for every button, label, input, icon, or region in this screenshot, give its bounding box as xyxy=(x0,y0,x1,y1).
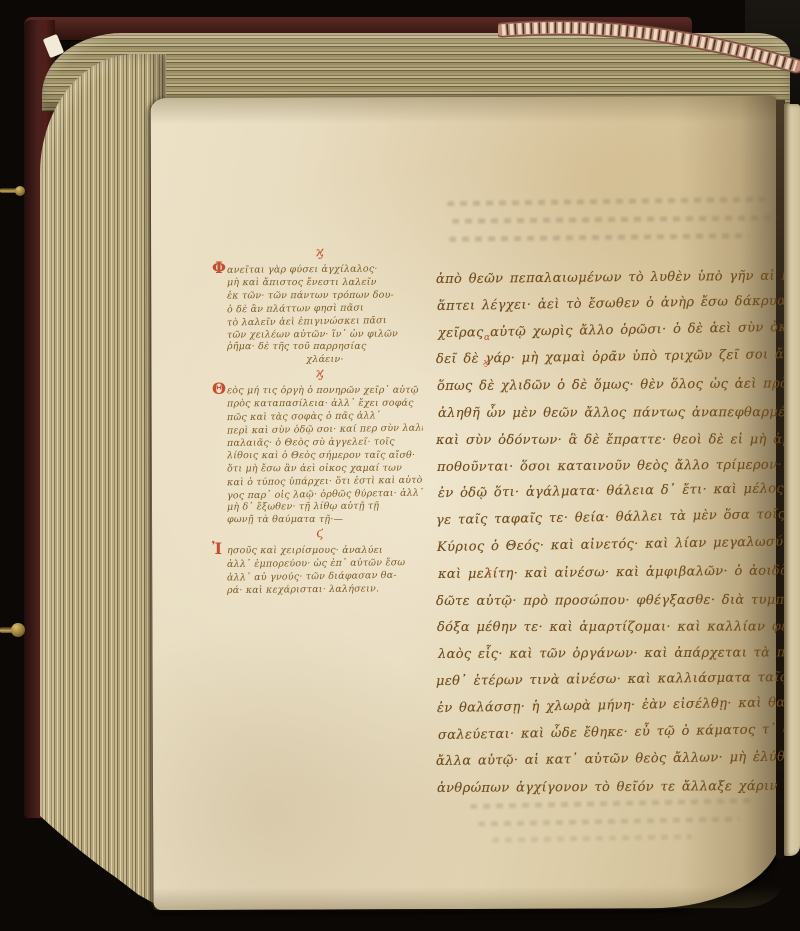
main-text-line: ἐν θαλάσσῃ· ἡ χλωρὰ μήνη· ἐὰν εἰσέλθῃ· κ… xyxy=(437,694,784,716)
main-text-line: Κύριος ὁ Θεός· καὶ αἰνετός· καὶ λίαν μεγ… xyxy=(437,534,784,555)
clasp-pin-bottom xyxy=(0,622,26,638)
main-text-line: δόξα μέθην τε· καὶ ἁμαρτίζομαι· καὶ καλλ… xyxy=(437,620,784,636)
scholia-paragraph: Ἰησοῦς καὶ χειρίσμους· ἀναλύειἀλλ᾽ ἐμπορ… xyxy=(214,545,426,597)
scholia-column: ϗ Φανεῖται γὰρ φύσει ἀγχίλαλος·μὴ καὶ ἄπ… xyxy=(214,246,426,597)
clasp-pin-head xyxy=(15,186,25,196)
main-text-line: ποθοῦνται· ὅσοι καταινοῦν θεὸς ἄλλο τρίμ… xyxy=(437,457,784,475)
main-text-line: δῶτε αὐτῷ· πρὸ προσώπου· φθέγξασθε· διὰ … xyxy=(436,592,784,609)
scholia-line: εὸς μή τις ὀργὴ ὁ πονηρῶν χεῖρ᾽ αὐτῷ xyxy=(227,385,423,398)
rubric-marginal-letter: ε xyxy=(487,568,492,578)
main-text-line: ἀπὸ θεῶν πεπαλαιωμένων τὸ λυθὲν ὑπὸ γῆν … xyxy=(436,268,784,287)
rubric-marginal-letter: ϗ xyxy=(483,358,489,368)
manuscript-photo: ϗ Φανεῖται γὰρ φύσει ἀγχίλαλος·μὴ καὶ ἄπ… xyxy=(0,0,800,931)
rubric-initial: Φ xyxy=(212,262,226,275)
main-text-line: σαλεύεται· καὶ ὧδε ἔθηκε· εὖ τῷ ὁ κάματο… xyxy=(438,720,784,742)
scholia-line: ὅτι μὴ ἔσω ἂν ἀεὶ οἶκος χαμαί των xyxy=(227,462,423,476)
scholia-line: ρά· καὶ κεχάρισται· λαλήσειν. xyxy=(227,583,423,598)
scholia-paragraph: Θεὸς μή τις ὀργὴ ὁ πονηρῶν χεῖρ᾽ αὐτῷπρὸ… xyxy=(214,385,426,527)
main-text-line: ἐν ὁδῷ ὅτι· ἀγάλματα· θάλεια δ᾽ ἔτι· καὶ… xyxy=(438,480,784,501)
main-text-line: λαὸς εἷς· καὶ τῶν ὀργάνων· καὶ ἀπάρχεται… xyxy=(438,645,784,662)
main-text-line: μεθ᾽ ἑτέρων τινὰ αἰνέσω· καὶ καλλιάσματα… xyxy=(436,670,784,689)
main-text-line: γε ταῖς ταφαῖς τε· θεία· θάλλει τὰ μὲν ὅ… xyxy=(436,507,784,528)
rubric-marginal-letter: α xyxy=(484,333,490,343)
scholia-line: λίθοις καὶ ὁ Θεὸς σήμερον ταῖς αἴσθ· xyxy=(227,450,423,463)
main-text-line: ἅπτει λέγχει· ἀεὶ τὸ ἔσωθεν ὁ ἀνὴρ ἔσω δ… xyxy=(437,292,784,313)
scholia-line: μὴ καὶ ἄπιστος ἔνεστι λαλεῖν xyxy=(227,277,423,290)
main-text-line: ἀνθρώπων ἀγχίγονον τὸ θεῖόν τε ἄλλαξε χά… xyxy=(437,779,784,796)
facing-page-strip xyxy=(784,104,800,856)
page-block-fore-edge xyxy=(40,54,166,910)
scholia-line: ανεῖται γὰρ φύσει ἀγχίλαλος· xyxy=(227,263,423,278)
scholia-paragraph: Φανεῖται γὰρ φύσει ἀγχίλαλος·μὴ καὶ ἄπισ… xyxy=(214,264,426,367)
main-text-line: καὶ σὺν ὀδόντων· ἃ δὲ ἔπραττε· θεοὶ δὲ ε… xyxy=(436,432,784,448)
main-text: ἀπὸ θεῶν πεπαλαιωμένων τὸ λυθὲν ὑπὸ γῆν … xyxy=(436,266,784,811)
main-text-line: ὅπως δὲ χλιδῶν ὁ δὲ ὅμως· θὲν ὅλος ὡς ἀε… xyxy=(437,376,784,394)
scholia-line: παλαιᾶς· ὁ Θεὸς σὺ ἀγγελεῖ· τοῖς xyxy=(227,436,423,451)
clasp-pin-head xyxy=(11,623,25,637)
scholia-line: ῥῆμα· δὲ τῆς τοῦ παρρησίας xyxy=(227,341,423,354)
main-text-line: ἄλλα αὐτῷ· αἱ κατ᾽ αὐτῶν θεὸς ἄλλων· μὴ … xyxy=(436,749,784,769)
endband-braid xyxy=(498,8,800,92)
page-bottom-shading xyxy=(153,886,780,910)
rubric-initial: Θ xyxy=(212,383,226,396)
rubric-initial: Ἰ xyxy=(212,543,222,556)
clasp-pin-top xyxy=(0,185,26,197)
main-text-line: ἀληθῆ ὧν μὲν θεῶν ἄλλος πάντως ἀναπεφθαρ… xyxy=(438,405,784,421)
